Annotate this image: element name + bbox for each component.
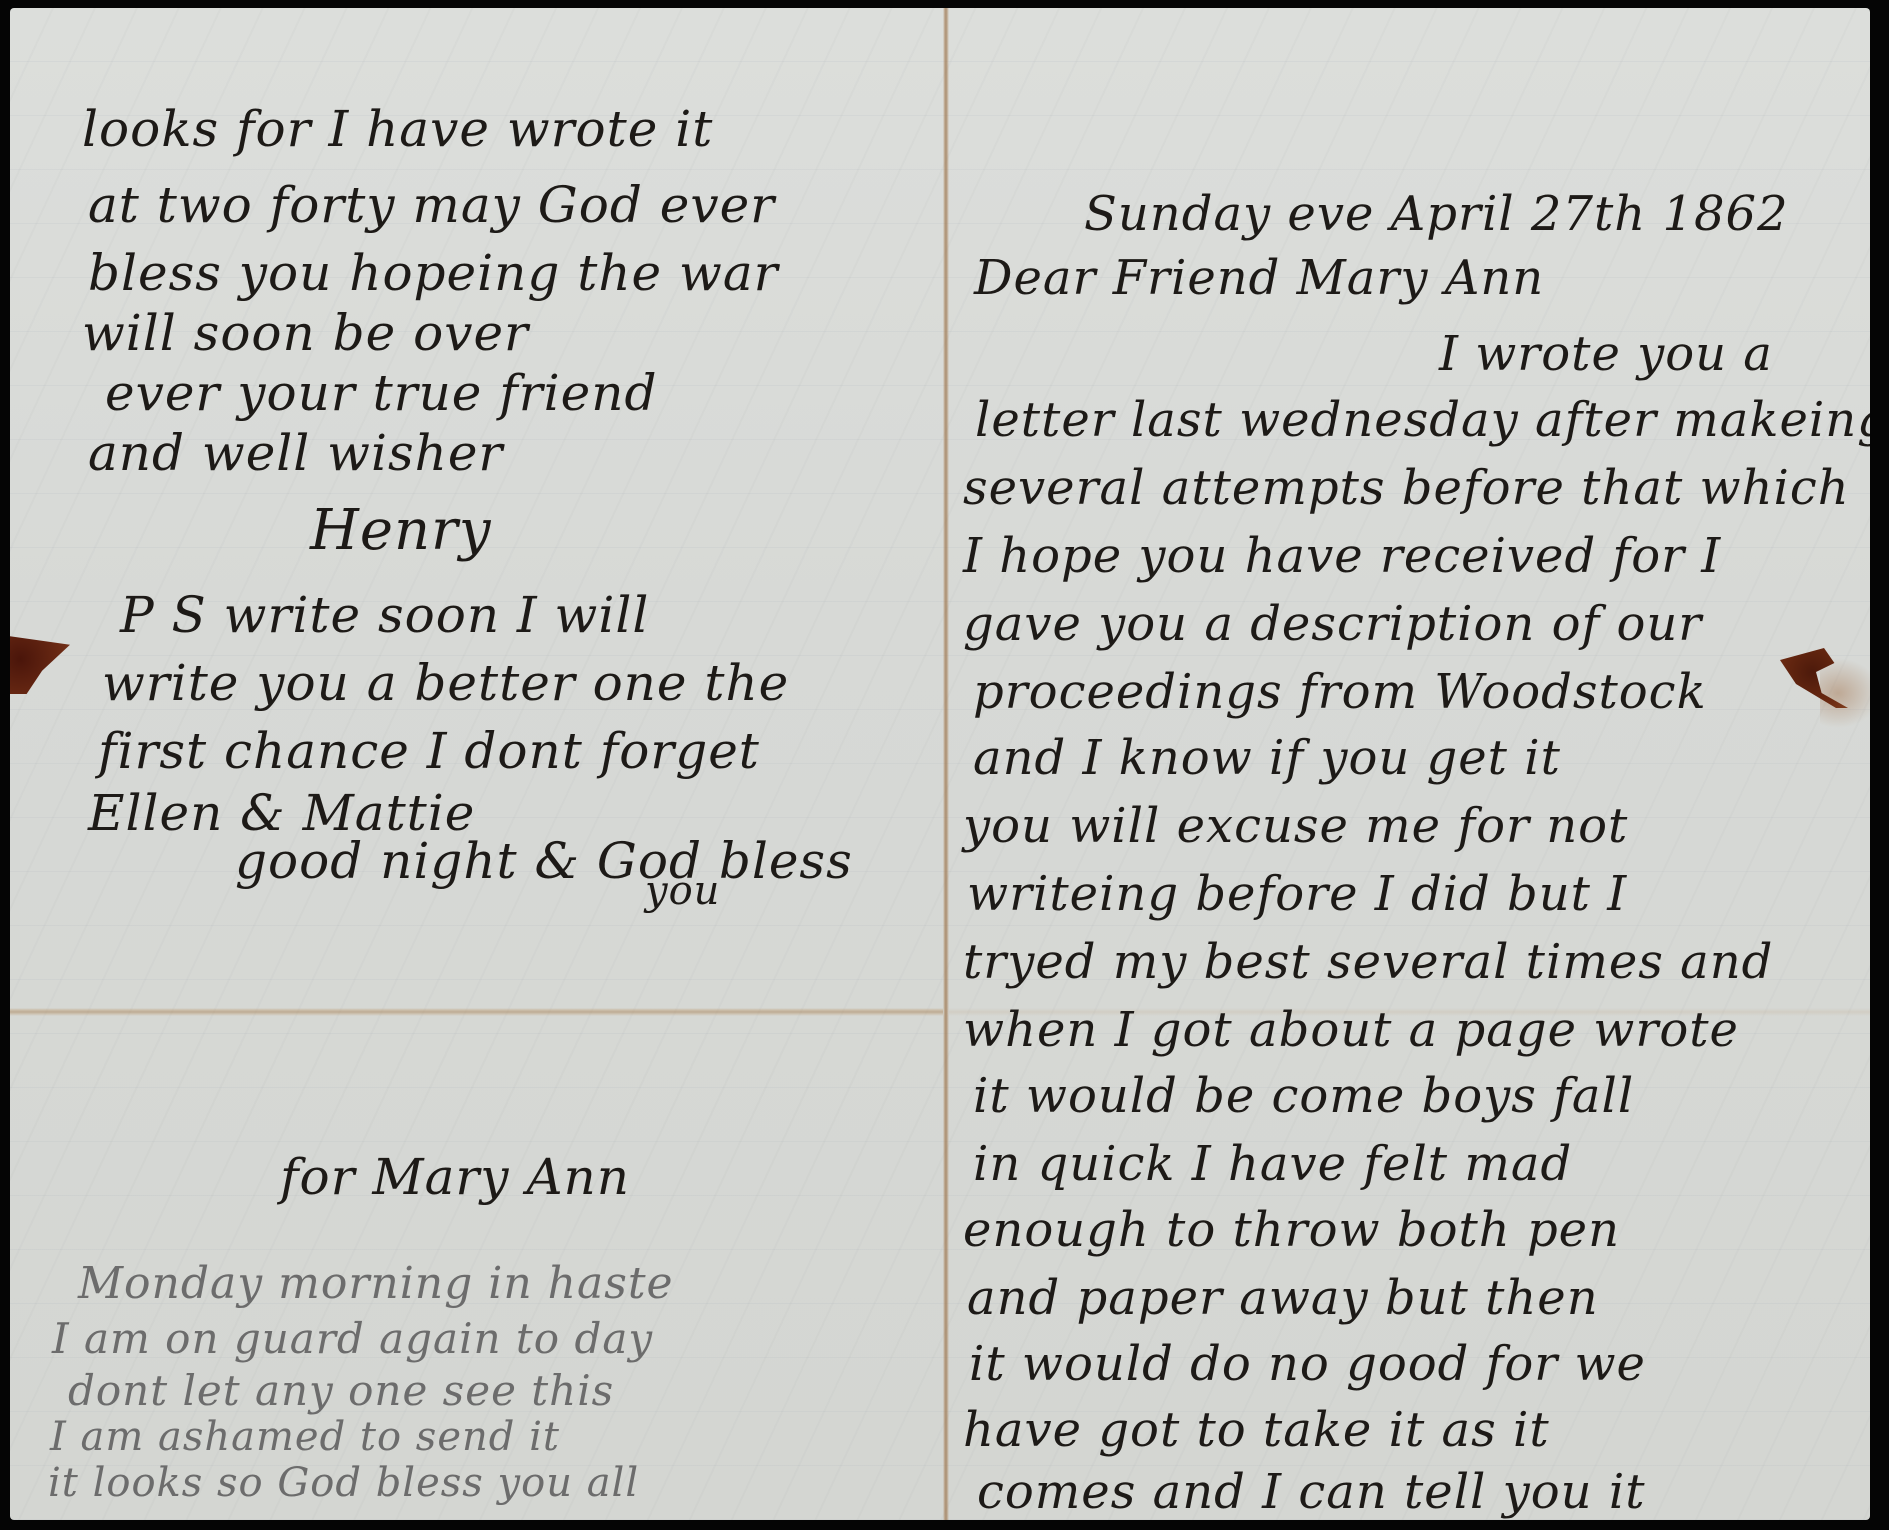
letter-line: when I got about a page wrote bbox=[963, 1002, 1739, 1058]
postscript-line: you bbox=[645, 868, 720, 914]
letter-line: enough to throw both pen bbox=[963, 1202, 1620, 1258]
letter-line: bless you hopeing the war bbox=[88, 244, 779, 302]
letter-line: tryed my best several times and bbox=[963, 934, 1773, 990]
closing-line: ever your true friend bbox=[105, 364, 657, 422]
letter-line: several attempts before that which bbox=[963, 460, 1850, 516]
closing-line: and well wisher bbox=[88, 424, 503, 482]
letter-sheet: looks for I have wrote it at two forty m… bbox=[10, 8, 1870, 1520]
letter-line: in quick I have felt mad bbox=[973, 1136, 1572, 1192]
letter-line: I hope you have received for I bbox=[963, 528, 1721, 584]
pencil-note-line: I am on guard again to day bbox=[52, 1314, 653, 1363]
postscript-line: first chance I dont forget bbox=[98, 722, 760, 780]
postscript-line: write you a better one the bbox=[102, 654, 789, 712]
pencil-note-line: I am ashamed to send it bbox=[50, 1414, 560, 1460]
letter-line: have got to take it as it bbox=[963, 1402, 1550, 1458]
postscript-line: good night & God bless bbox=[235, 832, 853, 890]
postscript-line: P S write soon I will bbox=[120, 586, 649, 644]
letter-line: letter last wednesday after makeing bbox=[975, 392, 1870, 448]
letter-line: at two forty may God ever bbox=[88, 176, 775, 234]
signature-henry: Henry bbox=[310, 498, 491, 563]
pencil-note-line: Monday morning in haste bbox=[78, 1258, 674, 1309]
left-page: looks for I have wrote it at two forty m… bbox=[10, 8, 943, 1520]
letter-line: it would be come boys fall bbox=[973, 1068, 1634, 1124]
letter-line: gave you a description of our bbox=[963, 596, 1702, 652]
letter-line: and I know if you get it bbox=[973, 730, 1561, 786]
letter-line: proceedings from Woodstock bbox=[973, 664, 1707, 720]
address-line: for Mary Ann bbox=[280, 1148, 630, 1206]
letter-line: writeing before I did but I bbox=[967, 866, 1627, 922]
letter-line: and paper away but then bbox=[967, 1270, 1599, 1326]
pencil-note-line: it looks so God bless you all bbox=[48, 1460, 639, 1506]
pencil-note-line: dont let any one see this bbox=[68, 1366, 614, 1415]
dateline: Sunday eve April 27th 1862 bbox=[1084, 186, 1789, 242]
letter-line: you will excuse me for not bbox=[963, 798, 1628, 854]
letter-line: looks for I have wrote it bbox=[82, 100, 713, 158]
letter-line: it would do no good for we bbox=[969, 1336, 1646, 1392]
letter-line: will soon be over bbox=[82, 304, 529, 362]
letter-line: I wrote you a bbox=[1439, 326, 1773, 382]
right-page: Sunday eve April 27th 1862 Dear Friend M… bbox=[949, 8, 1870, 1520]
salutation: Dear Friend Mary Ann bbox=[974, 250, 1544, 306]
letter-line: comes and I can tell you it bbox=[977, 1464, 1645, 1520]
